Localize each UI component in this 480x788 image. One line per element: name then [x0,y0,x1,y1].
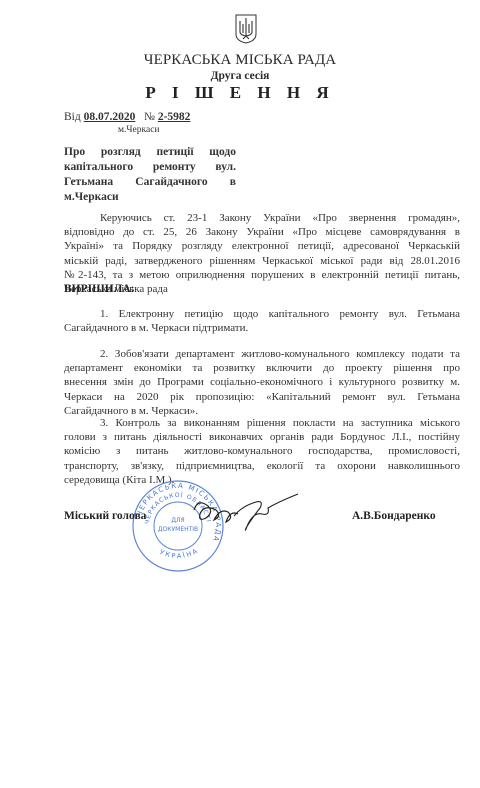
item-1: 1. Електронну петицію щодо капітального … [64,307,460,335]
coat-of-arms-icon [235,14,257,44]
preamble-line: відповідно до ст. 25, 26 Закону України … [64,225,460,239]
item-line: голови з питань діяльності виконавчих ор… [64,430,460,444]
svg-text:УКРАЇНА: УКРАЇНА [158,546,200,560]
from-label: Від [64,111,81,123]
session-label: Друга сесія [0,70,480,82]
item-line: 1. Електронну петицію щодо капітального … [64,307,460,321]
resolved-heading: ВИРІШИЛА: [64,283,134,295]
item-line: комісію з питань житлово-комунального го… [64,444,460,458]
item-3: 3. Контроль за виконанням рішення поклас… [64,416,460,487]
subject-line: м.Черкаси [64,190,236,205]
item-line: 2. Зобов'язати департамент житлово-комун… [64,347,460,361]
stamp-bottom-text: УКРАЇНА [158,546,200,560]
number-label: № [144,111,155,123]
subject-line: капітального ремонту вул. [64,160,236,175]
subject-line: Про розгляд петиції щодо [64,145,236,160]
date-number-line: Від 08.07.2020 № 2-5982 [64,111,190,123]
subject: Про розгляд петиції щодо капітального ре… [64,145,236,205]
signature-title: Міський голова [64,510,146,522]
decision-date: 08.07.2020 [84,111,136,123]
subject-line: Гетьмана Сагайдачного в [64,175,236,190]
preamble-line: Керуючись ст. 23-1 Закону України «Про з… [64,211,460,225]
item-line: середовища (Кіта І.М.). [64,473,460,487]
item-line: 3. Контроль за виконанням рішення поклас… [64,416,460,430]
item-line: Сагайдачного в м. Черкаси підтримати. [64,321,460,335]
item-line: транспорту, зв'язку, підприємництва, еко… [64,459,460,473]
handwritten-signature-icon [190,488,300,538]
document-type: Р І Ш Е Н Н Я [0,83,480,103]
item-line: Черкаси на 2020 рік пропозицію: «Капітал… [64,390,460,404]
preamble-line: міській раді, затвердженого рішенням Чер… [64,254,460,268]
decision-number: 2-5982 [158,111,191,123]
city: м.Черкаси [118,125,160,135]
preamble-line: №2-143, та з метою оприлюднення порушени… [64,268,460,282]
council-name: ЧЕРКАСЬКА МІСЬКА РАДА [0,52,480,69]
item-line: департамент економіки та розвитку включи… [64,361,460,375]
stamp-center-1: ДЛЯ [171,517,184,524]
item-line: внесення змін до Програми соціально-екон… [64,375,460,389]
item-2: 2. Зобов'язати департамент житлово-комун… [64,347,460,418]
preamble-line: Україні» та Порядку розгляду електронної… [64,239,460,253]
signatory-name: А.В.Бондаренко [352,510,436,522]
